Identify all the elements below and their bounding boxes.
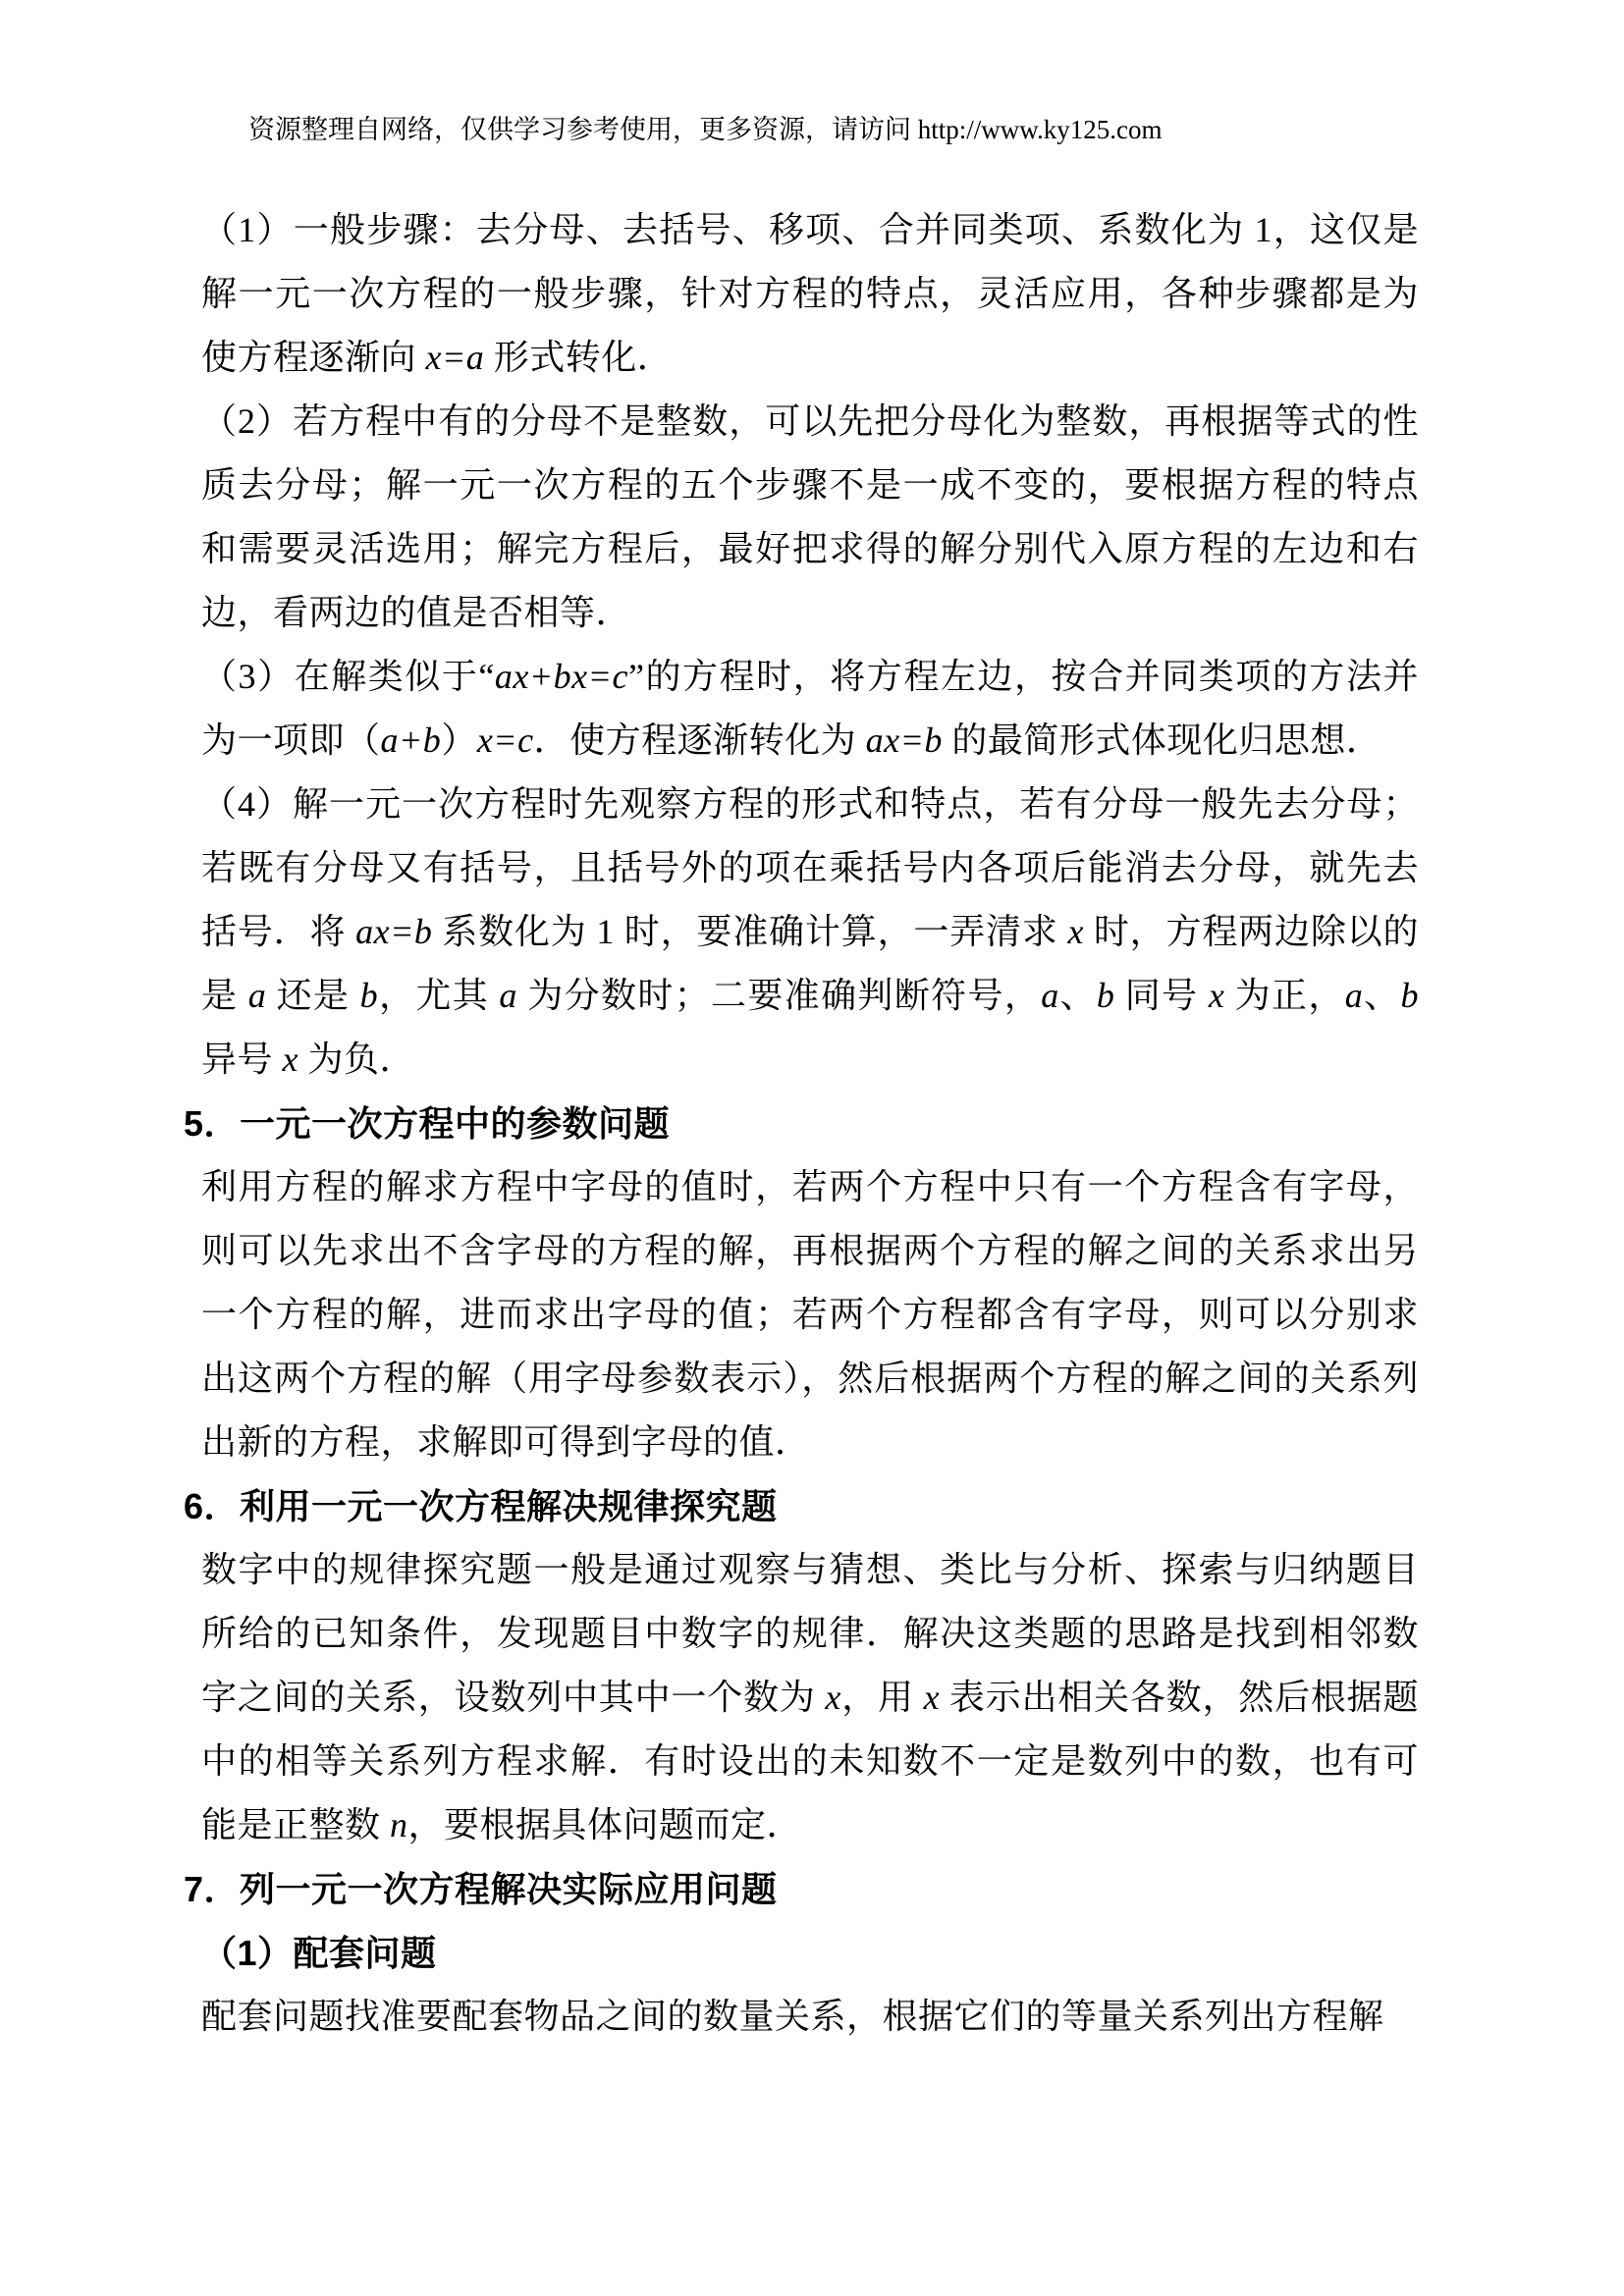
text-segment: ，要根据具体问题而定． bbox=[408, 1805, 803, 1844]
text-segment: 时，方程两边除以的 bbox=[1084, 912, 1419, 951]
text-segment: 、 bbox=[1363, 976, 1400, 1015]
text-line: 中的相等关系列方程求解．有时设出的未知数不一定是数列中的数，也有可 bbox=[201, 1730, 1419, 1793]
text-segment: （2）若方程中有的分母不是整数，可以先把分母化为整数，再根据等式的性 bbox=[201, 401, 1419, 441]
text-segment: 利用方程的解求方程中字母的值时，若两个方程中只有一个方程含有字母， bbox=[201, 1167, 1419, 1206]
text-segment: 7．列一元一次方程解决实际应用问题 bbox=[184, 1869, 778, 1909]
math-variable: b bbox=[1400, 976, 1419, 1015]
text-line: （2）若方程中有的分母不是整数，可以先把分母化为整数，再根据等式的性 bbox=[201, 390, 1419, 454]
text-segment: 边，看两边的值是否相等． bbox=[201, 593, 631, 632]
page-header: 资源整理自网络，仅供学习参考使用，更多资源，请访问 http://www.ky1… bbox=[248, 110, 1163, 149]
math-variable: x bbox=[825, 1678, 840, 1717]
text-segment: 数字中的规律探究题一般是通过观察与猜想、类比与分析、探索与归纳题目 bbox=[201, 1550, 1419, 1589]
text-line: 使方程逐渐向 x=a 形式转化． bbox=[201, 326, 1419, 390]
text-segment: 使方程逐渐向 bbox=[201, 338, 426, 377]
math-variable: ax=b bbox=[355, 912, 432, 951]
math-variable: b bbox=[360, 976, 379, 1015]
text-line: 所给的已知条件，发现题目中数字的规律．解决这类题的思路是找到相邻数 bbox=[201, 1602, 1419, 1666]
text-segment: ，用 bbox=[841, 1678, 924, 1717]
text-line: 出新的方程，求解即可得到字母的值． bbox=[201, 1411, 1419, 1474]
document-page: 资源整理自网络，仅供学习参考使用，更多资源，请访问 http://www.ky1… bbox=[0, 0, 1624, 2296]
text-segment: 形式转化． bbox=[484, 338, 673, 377]
text-line: 配套问题找准要配套物品之间的数量关系，根据它们的等量关系列出方程解 bbox=[201, 1985, 1419, 2049]
text-line: 数字中的规律探究题一般是通过观察与猜想、类比与分析、探索与归纳题目 bbox=[201, 1538, 1419, 1602]
text-segment: 6．利用一元一次方程解决规律探究题 bbox=[184, 1486, 778, 1526]
text-segment: 异号 bbox=[201, 1040, 283, 1079]
text-line: 异号 x 为负． bbox=[201, 1028, 1419, 1092]
text-segment: 的最简形式体现化归思想． bbox=[943, 721, 1382, 760]
section-heading: 5．一元一次方程中的参数问题 bbox=[184, 1092, 1419, 1155]
text-line: （3）在解类似于“ax+bx=c”的方程时，将方程左边，按合并同类项的方法并 bbox=[201, 645, 1419, 709]
text-line: 质去分母；解一元一次方程的五个步骤不是一成不变的，要根据方程的特点 bbox=[201, 454, 1419, 517]
text-segment: 若既有分母又有括号，且括号外的项在乘括号内各项后能消去分母，就先去 bbox=[201, 848, 1419, 887]
text-segment: （4）解一元一次方程时先观察方程的形式和特点，若有分母一般先去分母； bbox=[201, 784, 1419, 824]
math-variable: a bbox=[1041, 976, 1059, 1015]
text-segment: 为正， bbox=[1224, 976, 1344, 1015]
text-segment: （1）配套问题 bbox=[201, 1933, 437, 1973]
text-segment: 出新的方程，求解即可得到字母的值． bbox=[201, 1422, 811, 1462]
text-line: （4）解一元一次方程时先观察方程的形式和特点，若有分母一般先去分母； bbox=[201, 773, 1419, 836]
text-segment: 配套问题找准要配套物品之间的数量关系，根据它们的等量关系列出方程解 bbox=[201, 1997, 1384, 2036]
text-line: 利用方程的解求方程中字母的值时，若两个方程中只有一个方程含有字母， bbox=[201, 1155, 1419, 1219]
text-segment: 还是 bbox=[266, 976, 359, 1015]
text-block: （1）一般步骤：去分母、去括号、移项、合并同类项、系数化为 1，这仅是解一元一次… bbox=[201, 198, 1419, 2049]
text-segment: 5．一元一次方程中的参数问题 bbox=[184, 1103, 670, 1144]
text-line: 和需要灵活选用；解完方程后，最好把求得的解分别代入原方程的左边和右 bbox=[201, 517, 1419, 581]
text-line: 字之间的关系，设数列中其中一个数为 x，用 x 表示出相关各数，然后根据题 bbox=[201, 1666, 1419, 1730]
text-line: 出这两个方程的解（用字母参数表示），然后根据两个方程的解之间的关系列 bbox=[201, 1347, 1419, 1411]
math-variable: x=a bbox=[426, 338, 485, 377]
sub-heading: （1）配套问题 bbox=[201, 1921, 1419, 1985]
text-line: （1）一般步骤：去分母、去括号、移项、合并同类项、系数化为 1，这仅是 bbox=[201, 198, 1419, 262]
math-variable: x bbox=[1209, 976, 1224, 1015]
math-variable: ax=b bbox=[866, 721, 943, 760]
text-line: 则可以先求出不含字母的方程的解，再根据两个方程的解之间的关系求出另 bbox=[201, 1219, 1419, 1283]
text-line: 解一元一次方程的一般步骤，针对方程的特点，灵活应用，各种步骤都是为 bbox=[201, 262, 1419, 326]
text-segment: ，尤其 bbox=[378, 976, 499, 1015]
text-segment: （1）一般步骤：去分母、去括号、移项、合并同类项、系数化为 1，这仅是 bbox=[201, 210, 1419, 249]
section-heading: 6．利用一元一次方程解决规律探究题 bbox=[184, 1474, 1419, 1538]
text-segment: 为分数时；二要准确判断符号， bbox=[517, 976, 1041, 1015]
text-line: 边，看两边的值是否相等． bbox=[201, 581, 1419, 645]
text-segment: ） bbox=[441, 721, 477, 760]
math-variable: a bbox=[248, 976, 267, 1015]
text-segment: 质去分母；解一元一次方程的五个步骤不是一成不变的，要根据方程的特点 bbox=[201, 465, 1419, 505]
text-segment: 括号．将 bbox=[201, 912, 355, 951]
math-variable: n bbox=[390, 1805, 408, 1844]
math-variable: a bbox=[499, 976, 517, 1015]
text-segment: 表示出相关各数，然后根据题 bbox=[940, 1678, 1419, 1717]
text-segment: ．使方程逐渐转化为 bbox=[534, 721, 866, 760]
text-line: 括号．将 ax=b 系数化为 1 时，要准确计算，一弄清求 x 时，方程两边除以… bbox=[201, 900, 1419, 964]
text-line: 为一项即（a+b）x=c．使方程逐渐转化为 ax=b 的最简形式体现化归思想． bbox=[201, 709, 1419, 773]
text-segment: 为负． bbox=[298, 1040, 415, 1079]
math-variable: x=c bbox=[477, 721, 534, 760]
text-segment: 则可以先求出不含字母的方程的解，再根据两个方程的解之间的关系求出另 bbox=[201, 1231, 1419, 1270]
text-segment: 字之间的关系，设数列中其中一个数为 bbox=[201, 1678, 825, 1717]
section-heading: 7．列一元一次方程解决实际应用问题 bbox=[184, 1857, 1419, 1921]
text-line: 是 a 还是 b，尤其 a 为分数时；二要准确判断符号，a、b 同号 x 为正，… bbox=[201, 964, 1419, 1028]
header-notice-text: 资源整理自网络，仅供学习参考使用，更多资源，请访问 bbox=[248, 115, 918, 144]
math-variable: ax+bx=c bbox=[495, 657, 628, 696]
text-line: 能是正整数 n，要根据具体问题而定． bbox=[201, 1793, 1419, 1857]
text-segment: 和需要灵活选用；解完方程后，最好把求得的解分别代入原方程的左边和右 bbox=[201, 529, 1419, 568]
text-segment: 同号 bbox=[1114, 976, 1208, 1015]
text-segment: （3）在解类似于“ bbox=[201, 657, 495, 696]
math-variable: x bbox=[924, 1678, 940, 1717]
text-line: 若既有分母又有括号，且括号外的项在乘括号内各项后能消去分母，就先去 bbox=[201, 836, 1419, 900]
math-variable: a+b bbox=[381, 721, 442, 760]
text-segment: 、 bbox=[1059, 976, 1097, 1015]
math-variable: x bbox=[1068, 912, 1084, 951]
header-url-text: http://www.ky125.com bbox=[918, 115, 1163, 144]
text-segment: 所给的已知条件，发现题目中数字的规律．解决这类题的思路是找到相邻数 bbox=[201, 1614, 1419, 1653]
text-segment: 一个方程的解，进而求出字母的值；若两个方程都含有字母，则可以分别求 bbox=[201, 1295, 1419, 1334]
text-segment: 是 bbox=[201, 976, 248, 1015]
text-line: 一个方程的解，进而求出字母的值；若两个方程都含有字母，则可以分别求 bbox=[201, 1283, 1419, 1347]
text-segment: 为一项即（ bbox=[201, 721, 381, 760]
math-variable: b bbox=[1097, 976, 1115, 1015]
text-segment: 系数化为 1 时，要准确计算，一弄清求 bbox=[432, 912, 1067, 951]
math-variable: a bbox=[1345, 976, 1364, 1015]
text-segment: 出这两个方程的解（用字母参数表示），然后根据两个方程的解之间的关系列 bbox=[201, 1359, 1419, 1398]
text-segment: 中的相等关系列方程求解．有时设出的未知数不一定是数列中的数，也有可 bbox=[201, 1741, 1419, 1781]
text-segment: 解一元一次方程的一般步骤，针对方程的特点，灵活应用，各种步骤都是为 bbox=[201, 274, 1419, 313]
text-segment: 能是正整数 bbox=[201, 1805, 390, 1844]
text-segment: ”的方程时，将方程左边，按合并同类项的方法并 bbox=[628, 657, 1419, 696]
math-variable: x bbox=[283, 1040, 298, 1079]
